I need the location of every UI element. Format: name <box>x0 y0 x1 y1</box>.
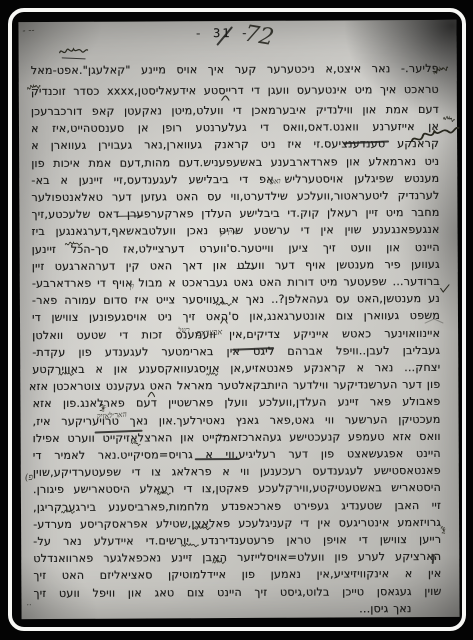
hand-mark-below-line22 <box>130 438 142 448</box>
underline-line23-word <box>195 458 240 460</box>
hand-mark-above-line23 <box>216 432 225 439</box>
hand-mark-above-line27 <box>61 508 75 516</box>
underline-line9-word <box>116 215 143 217</box>
insertion-caret-line16 <box>220 318 228 324</box>
hand-mark-right-of-line2 <box>431 62 450 79</box>
insertion-caret-line20 <box>147 391 155 397</box>
hand-stroke-right-line30 <box>432 554 435 564</box>
page-number-handwritten: 72 <box>243 21 276 52</box>
check-mark-line14-end <box>440 284 450 293</box>
hand-mark-right-of-line4 <box>442 113 456 125</box>
hand-mark-above-line30 <box>212 558 225 566</box>
hand-mark-end-line2 <box>26 81 42 93</box>
hand-word-above-line8: ואס <box>269 176 281 186</box>
crease-chevron <box>424 317 444 325</box>
hand-mark-above-line28 <box>193 524 211 532</box>
hand-word-left-line17: רשל <box>178 326 190 334</box>
strikeout-line22-word <box>95 430 143 434</box>
hand-paren-line25-end: (פ <box>24 472 33 484</box>
hand-insertion-line14: ון <box>130 282 134 291</box>
hand-mark-line11-start <box>65 240 83 248</box>
hand-note-top-left <box>58 45 89 57</box>
photo-background: פליער.- נאר איצט,א ניכטערער קער איך אויס… <box>0 0 473 640</box>
hand-mark-above-line19-left <box>58 370 74 378</box>
hand-word-above-line17: אבצדיום <box>196 327 223 337</box>
stray-dashes: - -- <box>22 26 35 37</box>
strikeout-line17-word <box>232 347 274 351</box>
hand-mark-above-line15 <box>216 300 232 308</box>
hand-mark-above-line26 <box>157 489 171 497</box>
hand-word-above-line22: האר׳לאזיק <box>96 410 127 421</box>
hand-note-top-left-underline <box>62 57 86 60</box>
strikeout-line5-word <box>343 140 389 144</box>
hand-word-above-line11: אידיק <box>219 227 237 237</box>
underline-line12-word <box>237 268 254 269</box>
hand-mark-right-line28 <box>437 524 449 535</box>
ink-dots-bottom-left: .. <box>26 598 31 607</box>
hand-mark-above-line29 <box>181 541 199 549</box>
insertion-caret-line3 <box>221 95 230 101</box>
hand-mark-above-line19-mid <box>206 370 218 378</box>
annotation-layer: - --- 31 -72ואסאידיקוןאבצדיוםרשלהאר׳לאזי… <box>18 20 459 619</box>
document-page: פליער.- נאר איצט,א ניכטערער קער איך אויס… <box>18 20 459 619</box>
